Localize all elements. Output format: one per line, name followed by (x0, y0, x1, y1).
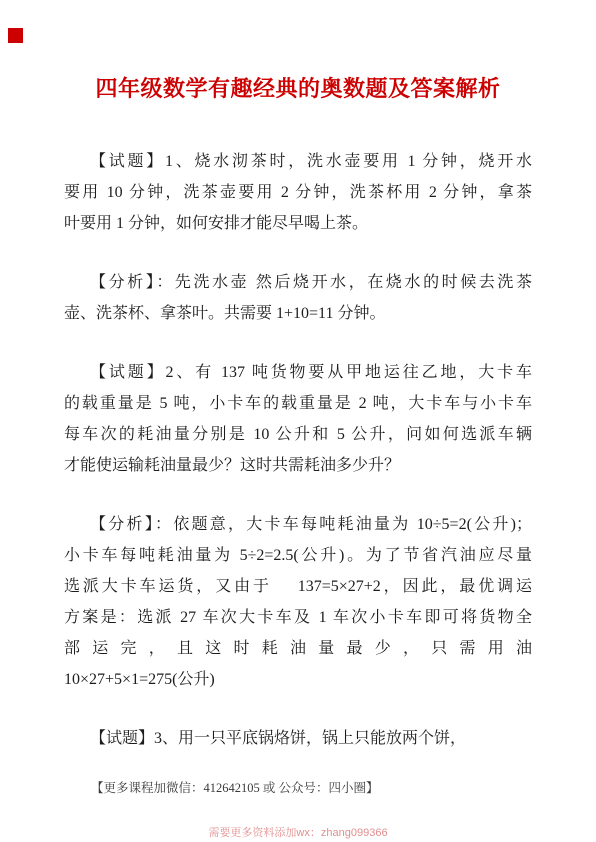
text-line: 方案是：选派 27 车次大卡车及 1 车次小卡车即可将货物全 (64, 602, 532, 633)
document-page: 四年级数学有趣经典的奥数题及答案解析 【试题】1、烧水沏茶时，洗水壶要用 1 分… (0, 0, 596, 842)
text-line: 【试题】3、用一只平底锅烙饼，锅上只能放两个饼， (64, 723, 532, 754)
text-line: 叶要用 1 分钟，如何安排才能尽早喝上茶。 (64, 208, 532, 239)
paragraph: 【试题】1、烧水沏茶时，洗水壶要用 1 分钟，烧开水要用 10 分钟，洗茶壶要用… (64, 146, 532, 239)
paragraph: 【分析】：依题意，大卡车每吨耗油量为 10÷5=2(公升)；小卡车每吨耗油量为 … (64, 509, 532, 695)
footer-contact-note: 【更多课程加微信：412642105 或 公众号：四小圈】 (91, 778, 379, 796)
paragraph: 【试题】3、用一只平底锅烙饼，锅上只能放两个饼， (64, 723, 532, 754)
text-line: 【试题】2、有 137 吨货物要从甲地运往乙地，大卡车 (64, 357, 532, 388)
text-line: 选派大卡车运货，又由于 137=5×27+2，因此，最优调运 (64, 571, 532, 602)
red-corner-mark (8, 28, 23, 43)
text-line: 要用 10 分钟，洗茶壶要用 2 分钟，洗茶杯用 2 分钟，拿茶 (64, 177, 532, 208)
paragraph: 【试题】2、有 137 吨货物要从甲地运往乙地，大卡车的载重量是 5 吨，小卡车… (64, 357, 532, 481)
paragraph: 【分析】：先洗水壶 然后烧开水，在烧水的时候去洗茶壶、洗茶杯、拿茶叶。共需要 1… (64, 267, 532, 329)
footer-watermark-note: 需要更多资料添加wx：zhang099366 (0, 824, 596, 840)
text-line: 【试题】1、烧水沏茶时，洗水壶要用 1 分钟，烧开水 (64, 146, 532, 177)
text-line: 每车次的耗油量分别是 10 公升和 5 公升，问如何选派车辆 (64, 419, 532, 450)
text-line: 10×27+5×1=275(公升) (64, 664, 532, 695)
text-line: 的载重量是 5 吨，小卡车的载重量是 2 吨，大卡车与小卡车 (64, 388, 532, 419)
text-line: 才能使运输耗油量最少？这时共需耗油多少升？ (64, 450, 532, 481)
text-line: 小卡车每吨耗油量为 5÷2=2.5(公升)。为了节省汽油应尽量 (64, 540, 532, 571)
document-body: 【试题】1、烧水沏茶时，洗水壶要用 1 分钟，烧开水要用 10 分钟，洗茶壶要用… (64, 146, 532, 754)
text-line: 【分析】：先洗水壶 然后烧开水，在烧水的时候去洗茶 (64, 267, 532, 298)
text-line: 壶、洗茶杯、拿茶叶。共需要 1+10=11 分钟。 (64, 298, 532, 329)
text-line: 【分析】：依题意，大卡车每吨耗油量为 10÷5=2(公升)； (64, 509, 532, 540)
page-title: 四年级数学有趣经典的奥数题及答案解析 (40, 72, 556, 103)
text-line: 部运完，且这时耗油量最少，只需用油 (64, 633, 532, 664)
